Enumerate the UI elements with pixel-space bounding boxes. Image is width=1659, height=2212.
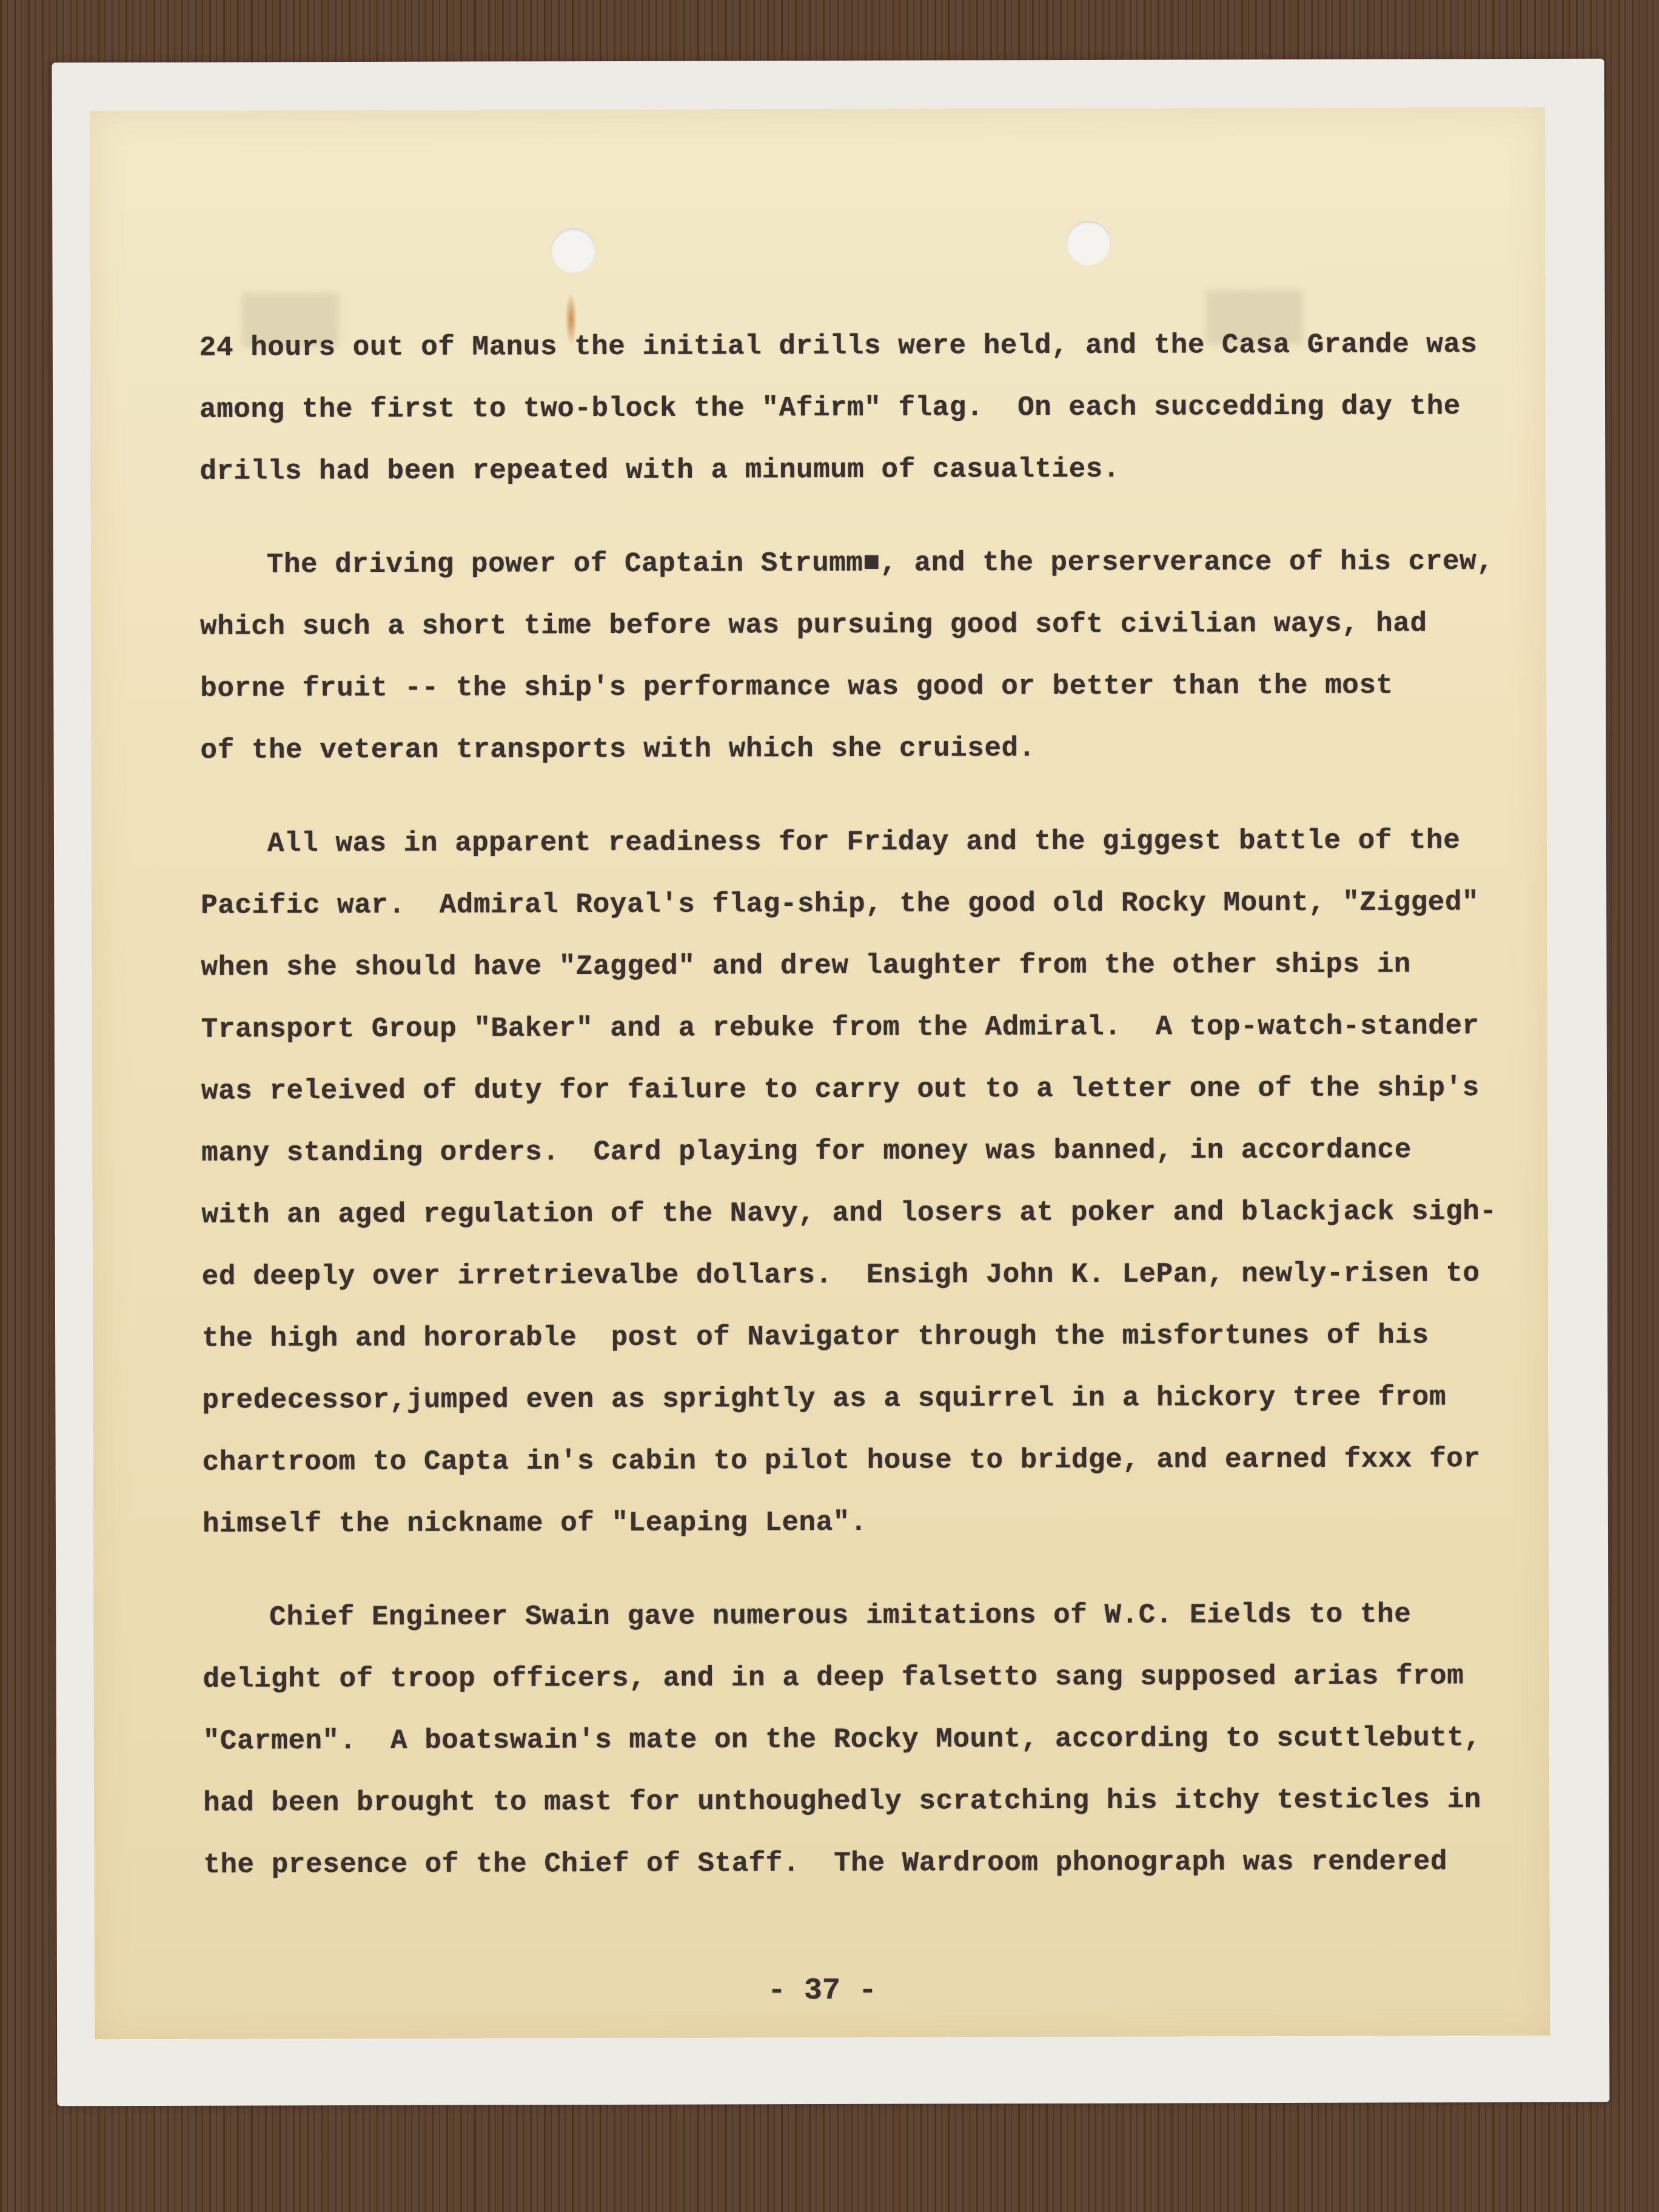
text-line: Transport Group "Baker" and a rebuke fro… xyxy=(201,995,1566,1061)
text-line: 24 hours out of Manus the initial drills… xyxy=(199,313,1564,379)
text-line: "Carmen". A boatswain's mate on the Rock… xyxy=(203,1707,1567,1772)
text-line: ed deeply over irretrievalbe dollars. En… xyxy=(202,1242,1566,1308)
punch-hole-icon xyxy=(551,228,595,273)
text-line: when she should have "Zagged" and drew l… xyxy=(201,933,1565,999)
paragraph-3: All was in apparent readiness for Friday… xyxy=(201,809,1567,1555)
text-line: Pacific war. Admiral Royal's flag-ship, … xyxy=(201,871,1565,937)
text-line: many standing orders. Card playing for m… xyxy=(201,1119,1566,1184)
text-line: The driving power of Captain Strumm■, an… xyxy=(200,531,1564,596)
text-line: which such a short time before was pursu… xyxy=(200,592,1564,658)
text-line: of the veteran transports with which she… xyxy=(200,716,1564,782)
text-line: had been brought to mast for unthoughedl… xyxy=(203,1769,1567,1834)
text-line: predecessor,jumped even as sprightly as … xyxy=(202,1366,1566,1432)
text-line: with an aged regulation of the Navy, and… xyxy=(201,1181,1566,1246)
text-line: was releived of duty for failure to carr… xyxy=(201,1057,1566,1122)
text-line: the high and hororable post of Navigator… xyxy=(202,1304,1566,1370)
typewritten-page: 24 hours out of Manus the initial drills… xyxy=(90,107,1550,2039)
text-line: among the first to two-block the "Afirm"… xyxy=(199,375,1564,441)
text-line: chartroom to Capta in's cabin to pilot h… xyxy=(203,1428,1567,1493)
photo-mount-board: 24 hours out of Manus the initial drills… xyxy=(52,59,1610,2106)
document-body: 24 hours out of Manus the initial drills… xyxy=(199,313,1568,1928)
text-line: the presence of the Chief of Staff. The … xyxy=(203,1831,1567,1896)
text-line: drills had been repeated with a minumum … xyxy=(199,437,1564,503)
text-line: delight of troop officers, and in a deep… xyxy=(203,1645,1567,1711)
text-line: All was in apparent readiness for Friday… xyxy=(201,809,1565,875)
punch-hole-icon xyxy=(1066,221,1111,266)
paragraph-2: The driving power of Captain Strumm■, an… xyxy=(200,531,1565,782)
text-line: himself the nickname of "Leaping Lena". xyxy=(203,1490,1567,1555)
page-number: - 37 - xyxy=(95,1972,1550,2010)
paragraph-1: 24 hours out of Manus the initial drills… xyxy=(199,313,1564,503)
paragraph-4: Chief Engineer Swain gave numerous imita… xyxy=(203,1583,1567,1896)
text-line: borne fruit -- the ship's performance wa… xyxy=(200,654,1564,720)
text-line: Chief Engineer Swain gave numerous imita… xyxy=(203,1583,1567,1649)
